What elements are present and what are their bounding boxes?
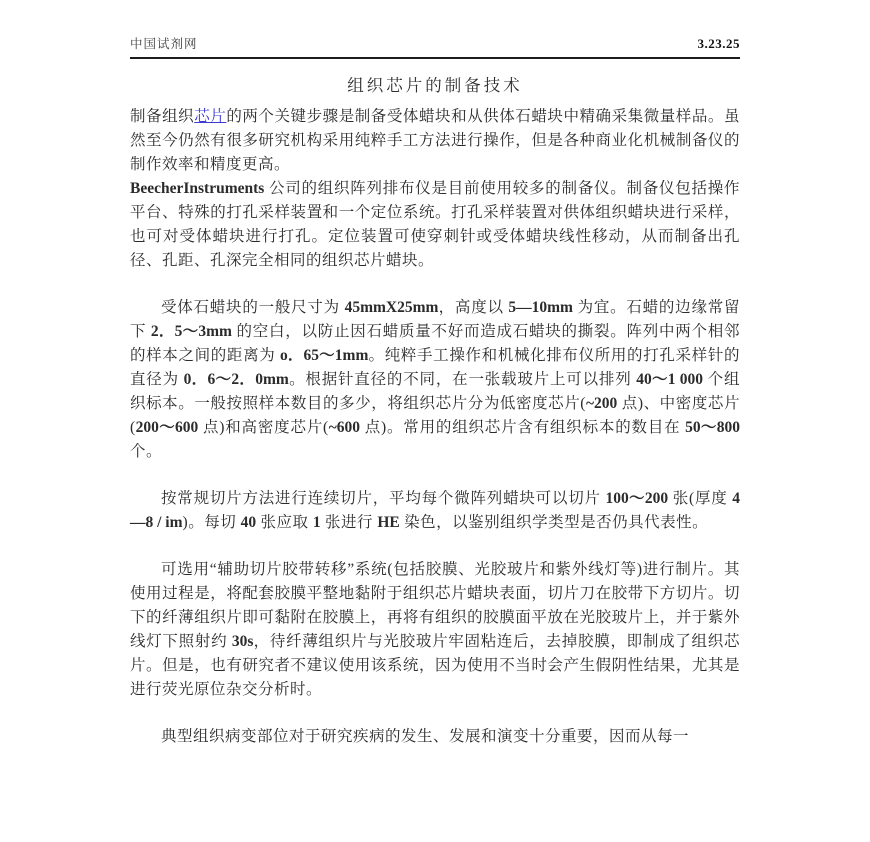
date-label: 3.23.25 — [698, 36, 741, 52]
paragraph: 典型组织病变部位对于研究疾病的发生、发展和演变十分重要，因而从每一 — [130, 725, 740, 749]
body-text: 张(厚度 — [668, 490, 732, 507]
latin-text: 2．5～3mm — [151, 323, 232, 340]
latin-text: o．65～1mm — [280, 347, 368, 364]
body-text: 受体石蜡块的一般尺寸为 — [161, 299, 345, 316]
body-text: 按常规切片方法进行连续切片，平均每个微阵列蜡块可以切片 — [161, 490, 605, 507]
paragraph: 可选用“辅助切片胶带转移”系统(包括胶膜、光胶玻片和紫外线灯等)进行制片。其使用… — [130, 558, 740, 702]
paragraph: BeecherInstruments 公司的组织阵列排布仪是目前使用较多的制备仪… — [130, 177, 740, 273]
latin-text: ~600 — [329, 419, 360, 436]
body-text: 制备组织 — [130, 108, 194, 125]
body-text: )。每切 — [183, 514, 241, 531]
document-body: 制备组织芯片的两个关键步骤是制备受体蜡块和从供体石蜡块中精确采集微量样品。虽然至… — [130, 105, 740, 749]
body-text: 。根据针直径的不同，在一张载玻片上可以排列 — [289, 371, 636, 388]
body-text: 典型组织病变部位对于研究疾病的发生、发展和演变十分重要，因而从每一 — [161, 728, 689, 745]
paragraph: 按常规切片方法进行连续切片，平均每个微阵列蜡块可以切片 100～200 张(厚度… — [130, 487, 740, 535]
latin-text: 50～800 — [685, 419, 740, 436]
document-header: 中国试剂网 3.23.25 — [130, 34, 740, 59]
latin-text: 100～200 — [605, 490, 668, 507]
body-text: 张应取 — [256, 514, 313, 531]
body-text: 点)和高密度芯片( — [198, 419, 328, 436]
latin-text: ~200 — [586, 395, 617, 412]
latin-text: 40 — [241, 514, 257, 531]
page-title: 组织芯片的制备技术 — [130, 72, 740, 96]
latin-text: BeecherInstruments — [130, 180, 264, 197]
latin-text: 0．6～2．0mm — [184, 371, 289, 388]
paragraph: 受体石蜡块的一般尺寸为 45mmX25mm，高度以 5—10mm 为宜。石蜡的边… — [130, 296, 740, 464]
body-text: 张进行 — [321, 514, 378, 531]
chip-link[interactable]: 芯片 — [194, 108, 226, 125]
paragraph: 制备组织芯片的两个关键步骤是制备受体蜡块和从供体石蜡块中精确采集微量样品。虽然至… — [130, 105, 740, 177]
latin-text: 30s — [232, 633, 254, 650]
latin-text: 40～1 000 — [636, 371, 703, 388]
body-text: 个。 — [130, 443, 162, 460]
body-text: ，高度以 — [438, 299, 508, 316]
latin-text: 45mmX25mm — [345, 299, 439, 316]
body-text: 染色，以鉴别组织学类型是否仍具代表性。 — [400, 514, 708, 531]
latin-text: 200～600 — [136, 419, 199, 436]
body-text: 点)。常用的组织芯片含有组织标本的数目在 — [360, 419, 685, 436]
latin-text: 5—10mm — [508, 299, 573, 316]
site-name-label: 中国试剂网 — [130, 34, 198, 52]
page-root: 中国试剂网 3.23.25 组织芯片的制备技术 制备组织芯片的两个关键步骤是制备… — [130, 0, 740, 749]
latin-text: 1 — [313, 514, 321, 531]
latin-text: HE — [377, 514, 399, 531]
